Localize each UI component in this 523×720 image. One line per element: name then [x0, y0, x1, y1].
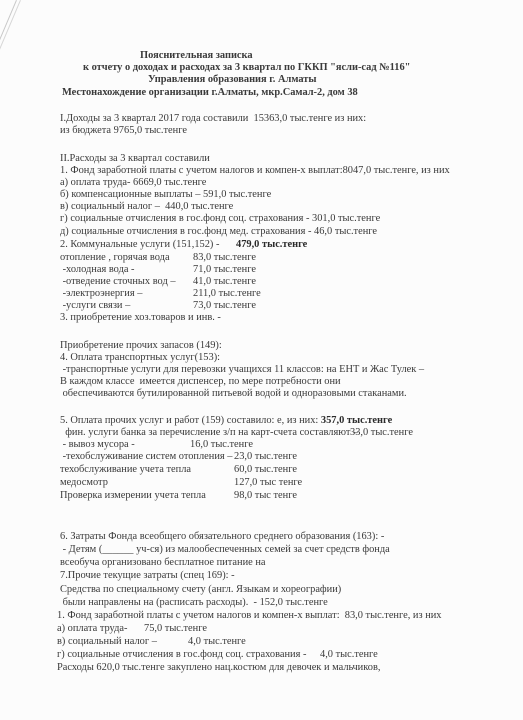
scanned-page: Пояснительная записка к отчету о доходах…	[0, 0, 523, 720]
special-payroll-value: 75,0 тыс.тенге	[144, 623, 207, 635]
utility-label: отопление , горячая вода	[60, 252, 170, 264]
service-value: 127,0 тыс тенге	[234, 477, 302, 489]
utility-value: 83,0 тыс.тенге	[193, 252, 256, 264]
education-fund-line: всеобуча организовано бесплатное питание…	[60, 557, 266, 569]
organization-location: Местонахождение организации г.Алматы, мк…	[62, 87, 358, 99]
service-label: - вывоз мусора -	[60, 439, 135, 451]
utility-label: -услуги связи –	[60, 300, 130, 312]
utility-value: 73,0 тыс.тенге	[193, 300, 256, 312]
service-label: Проверка измерении учета тепла	[60, 490, 206, 502]
service-label: -техобслуживание систем отопления –	[60, 451, 232, 463]
utility-label: -холодная вода -	[60, 264, 135, 276]
bank-fees-line: фин. услуги банка за перечисление з/п на…	[60, 427, 358, 439]
payroll-item: а) оплата труда- 6669,0 тыс.тенге	[60, 177, 206, 189]
current-costs-title: 7.Прочие текущие затраты (спец 169): -	[60, 570, 235, 582]
service-value: 16,0 тыс.тенге	[190, 439, 253, 451]
service-value: 60,0 тыс.тенге	[234, 464, 297, 476]
special-payroll-title: 1. Фонд заработной платы с учетом налого…	[57, 610, 442, 622]
utility-label: -отведение сточных вод –	[60, 276, 176, 288]
document-subtitle: к отчету о доходах и расходах за 3 кварт…	[83, 62, 410, 74]
expenses-heading: II.Расходы за 3 квартал составили	[60, 153, 210, 165]
transport-line: В каждом классе имеется диспенсер, по ме…	[60, 376, 341, 388]
document-title: Пояснительная записка	[140, 50, 253, 62]
special-payroll-value: 4,0 тыс.тенге	[320, 649, 378, 661]
special-payroll-value: 4,0 тыс.тенге	[188, 636, 246, 648]
other-supplies-line: Приобретение прочих запасов (149):	[60, 340, 222, 352]
payroll-title: 1. Фонд заработной платы с учетом налого…	[60, 165, 450, 177]
income-budget-line: из бюджета 9765,0 тыс.тенге	[60, 125, 187, 137]
utility-value: 41,0 тыс.тенге	[193, 276, 256, 288]
utility-value: 211,0 тыс.тенге	[193, 288, 261, 300]
household-goods-line: 3. приобретение хоз.товаров и инв. -	[60, 312, 221, 324]
payroll-item: г) социальные отчисления в гос.фонд соц.…	[60, 213, 380, 225]
current-costs-line: Средства по специальному счету (англ. Яз…	[60, 584, 341, 596]
income-line: I.Доходы за 3 квартал 2017 года составил…	[60, 113, 366, 125]
department-name: Управления образования г. Алматы	[148, 74, 316, 86]
utilities-total: 479,0 тыс.тенге	[236, 239, 307, 251]
payroll-item: в) социальный налог – 440,0 тыс.тенге	[60, 201, 233, 213]
bank-fees-value: 33,0 тыс.тенге	[350, 427, 413, 439]
transport-line: -транспортные услуги для перевозки учащи…	[60, 364, 424, 376]
education-fund-title: 6. Затраты Фонда всеобщего обязательного…	[60, 531, 384, 543]
service-value: 23,0 тыс.тенге	[234, 451, 297, 463]
payroll-item: д) социальные отчисления в гос.фонд мед.…	[60, 226, 377, 238]
special-payroll-label: а) оплата труда-	[57, 623, 127, 635]
special-payroll-label: г) социальные отчисления в гос.фонд соц.…	[57, 649, 306, 661]
service-value: 98,0 тыс тенге	[234, 490, 297, 502]
transport-line: обеспечиваются бутилированной питьевой в…	[60, 388, 407, 400]
utilities-title: 2. Коммунальные услуги (151,152) -	[60, 239, 219, 251]
other-services-title: 5. Оплата прочих услуг и работ (159) сос…	[60, 415, 392, 427]
special-payroll-closing: Расходы 620,0 тыс.тенге закуплено нац.ко…	[57, 662, 380, 674]
current-costs-line: были направлены на (расписать расходы). …	[60, 597, 328, 609]
other-services-total: 357,0 тыс.тенге	[321, 415, 392, 426]
service-label: медосмотр	[60, 477, 108, 489]
utility-value: 71,0 тыс.тенге	[193, 264, 256, 276]
utility-label: -электроэнергия –	[60, 288, 142, 300]
service-label: техобслуживание учета тепла	[60, 464, 191, 476]
education-fund-line: - Детям (______ уч-ся) из малообеспеченн…	[60, 544, 390, 556]
transport-title: 4. Оплата транспортных услуг(153):	[60, 352, 220, 364]
utilities-total-value: 479,0 тыс.тенге	[236, 239, 307, 250]
special-payroll-label: в) социальный налог –	[57, 636, 157, 648]
other-services-label: 5. Оплата прочих услуг и работ (159) сос…	[60, 415, 321, 426]
payroll-item: б) компенсационные выплаты – 591,0 тыс.т…	[60, 189, 271, 201]
